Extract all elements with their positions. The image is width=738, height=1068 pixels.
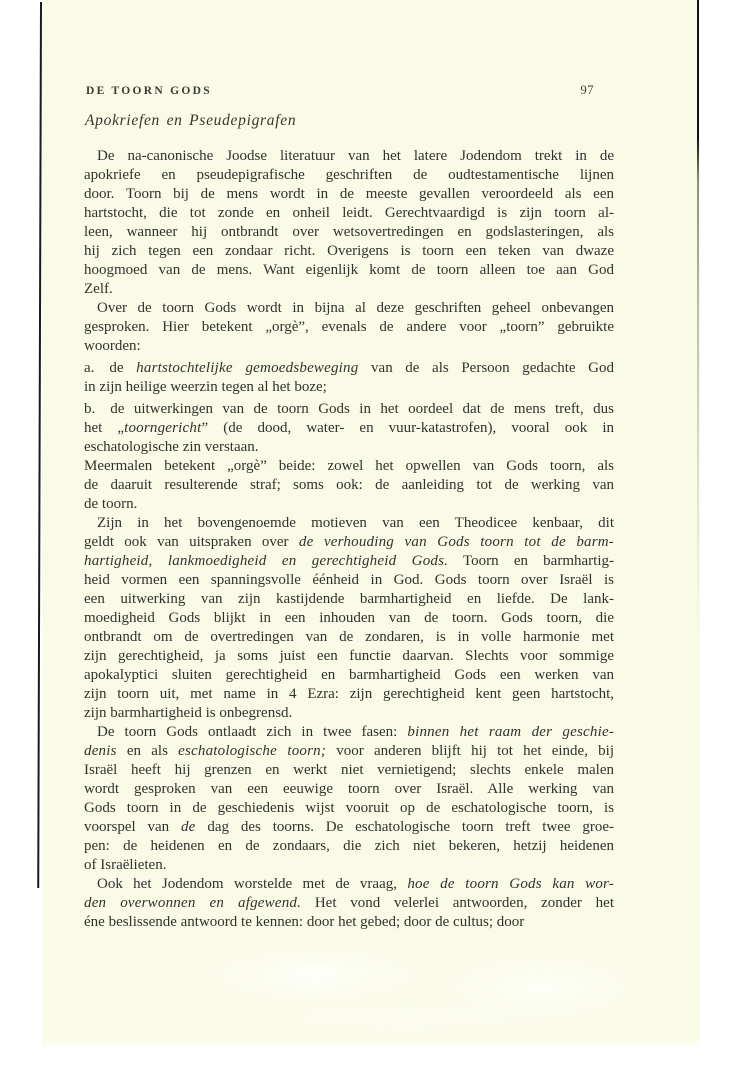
text-run: Over de toorn Gods wordt in bijna al dez… [97,300,614,316]
text-line: De toorn Gods ontlaadt zich in twee fase… [84,723,614,742]
text-run: ” (de dood, water- en vuur-katastrofen),… [201,420,614,436]
text-line: moedigheid Gods blijkt in een inhouden v… [84,609,614,628]
paragraph: Over de toorn Gods wordt in bijna al dez… [84,299,614,356]
text-line: pen: de heidenen en de zondaars, die zic… [84,837,614,856]
text-line: apokalyptici sluiten gerechtigheid en ba… [84,666,614,685]
text-run: Gods toorn in de geschiedenis wijst voor… [84,800,614,816]
text-line: de daaruit resulterende straf; soms ook:… [84,476,614,495]
text-run: woorden: [84,338,141,354]
text-line: het „toorngericht” (de dood, water- en v… [84,419,614,438]
emphasized-text-run: toorngericht [124,420,201,436]
paragraph: Meermalen betekent „orgè” beide: zowel h… [84,457,614,514]
text-run: dag des toorns. De eschatologische toorn… [196,819,614,835]
text-run: zijn toorn uit, met name in 4 Ezra: zijn… [84,686,614,702]
text-line: de toorn. [84,495,614,514]
paragraph: De na-canonische Joodse literatuur van h… [84,147,614,299]
paragraph: a. de hartstochtelijke gemoedsbeweging v… [84,359,614,397]
text-line: Israël heeft hij grenzen en werkt niet v… [84,761,614,780]
text-run: Zijn in het bovengenoemde motieven van e… [97,515,614,531]
text-run: voorspel van [84,819,181,835]
emphasized-text-run: eschatologische toorn; [178,743,326,759]
text-line: De na-canonische Joodse literatuur van h… [84,147,614,166]
section-heading: Apokriefen en Pseudepigrafen [85,112,296,130]
text-run: heid vormen een spanningsvolle éénheid i… [84,572,614,588]
text-line: voorspel van de dag des toorns. De escha… [84,818,614,837]
text-run: hij zich tegen een zondaar richt. Overig… [84,243,614,259]
text-line: b. de uitwerkingen van de toorn Gods in … [84,400,614,419]
text-run: in zijn heilige weerzin tegen al het boz… [84,379,327,395]
page-number: 97 [581,83,595,98]
text-run: pen: de heidenen en de zondaars, die zic… [84,838,614,854]
running-header-title: DE TOORN GODS [86,85,212,97]
text-line: eschatologische zin verstaan. [84,438,614,457]
text-run: De na-canonische Joodse literatuur van h… [97,148,614,164]
text-line: denis en als eschatologische toorn; voor… [84,742,614,761]
text-run: of Israëlieten. [84,857,166,873]
text-run: Ook het Jodendom worstelde met de vraag, [97,876,407,892]
paragraph: Zijn in het bovengenoemde motieven van e… [84,514,614,723]
text-run: van de als Persoon gedachte God [358,360,614,376]
paragraph: Ook het Jodendom worstelde met de vraag,… [84,875,614,932]
body-text: De na-canonische Joodse literatuur van h… [84,147,614,932]
text-line: Over de toorn Gods wordt in bijna al dez… [84,299,614,318]
text-line: leen, wanneer hij ontbrandt over wetsove… [84,223,614,242]
text-run: Israël heeft hij grenzen en werkt niet v… [84,762,614,778]
text-run: apokriefe en pseudepigrafische geschrift… [84,167,614,183]
paragraph: b. de uitwerkingen van de toorn Gods in … [84,400,614,457]
text-run: een uitwerking van zijn kastijdende barm… [84,591,614,607]
text-run: hartstocht, die tot zonde en onheil leid… [84,205,614,221]
text-run: de toorn. [84,496,137,512]
text-line: gesproken. Hier betekent „orgè”, evenals… [84,318,614,337]
text-run: geldt ook van uitspraken over [84,534,299,550]
text-run: Het vond velerlei antwoorden, zonder het [301,895,614,911]
paragraph: De toorn Gods ontlaadt zich in twee fase… [84,723,614,875]
text-run: het „ [84,420,124,436]
text-line: zijn toorn uit, met name in 4 Ezra: zijn… [84,685,614,704]
text-line: wordt gesproken van een eeuwige toorn ov… [84,780,614,799]
emphasized-text-run: hartstochtelijke gemoedsbeweging [136,360,358,376]
emphasized-text-run: denis [84,743,117,759]
text-run: De toorn Gods ontlaadt zich in twee fase… [97,724,407,740]
text-run: Toorn en barmhartig- [448,553,614,569]
text-line: Zijn in het bovengenoemde motieven van e… [84,514,614,533]
text-line: hartstocht, die tot zonde en onheil leid… [84,204,614,223]
text-line: door. Toorn bij de mens wordt in de mees… [84,185,614,204]
text-run: moedigheid Gods blijkt in een inhouden v… [84,610,614,626]
running-header: DE TOORN GODS 97 [86,83,594,98]
text-run: zijn barmhartigheid is onbegrensd. [84,705,292,721]
text-line: geldt ook van uitspraken over de verhoud… [84,533,614,552]
text-run: b. de uitwerkingen van de toorn Gods in … [84,401,614,417]
text-run: Meermalen betekent „orgè” beide: zowel h… [84,458,614,474]
text-run: voor anderen blijft hij tot het einde, b… [326,743,614,759]
emphasized-text-run: hartigheid, lankmoedigheid en gerechtigh… [84,553,448,569]
text-run: en als [117,743,178,759]
text-line: a. de hartstochtelijke gemoedsbeweging v… [84,359,614,378]
text-line: zijn gerechtigheid, ja soms juist een fu… [84,647,614,666]
scanned-book-page: DE TOORN GODS 97 Apokriefen en Pseudepig… [0,0,738,1068]
text-run: gesproken. Hier betekent „orgè”, evenals… [84,319,614,335]
emphasized-text-run: hoe de toorn Gods kan wor- [407,876,614,892]
text-run: de daaruit resulterende straf; soms ook:… [84,477,614,493]
text-run: a. de [84,360,136,376]
text-line: apokriefe en pseudepigrafische geschrift… [84,166,614,185]
text-line: heid vormen een spanningsvolle éénheid i… [84,571,614,590]
text-line: éne beslissende antwoord te kennen: door… [84,913,614,932]
text-run: hoogmoed van de mens. Want eigenlijk kom… [84,262,614,278]
emphasized-text-run: binnen het raam der geschie- [407,724,614,740]
text-run: zijn gerechtigheid, ja soms juist een fu… [84,648,614,664]
text-line: Zelf. [84,280,614,299]
text-run: apokalyptici sluiten gerechtigheid en ba… [84,667,614,683]
page-right-edge-line [697,0,699,640]
text-line: ontbrandt om de overtredingen van de zon… [84,628,614,647]
text-run: Zelf. [84,281,113,297]
text-run: éne beslissende antwoord te kennen: door… [84,914,524,930]
text-line: of Israëlieten. [84,856,614,875]
text-line: Meermalen betekent „orgè” beide: zowel h… [84,457,614,476]
text-run: eschatologische zin verstaan. [84,439,259,455]
text-line: zijn barmhartigheid is onbegrensd. [84,704,614,723]
emphasized-text-run: den overwonnen en afgewend. [84,895,301,911]
text-line: hoogmoed van de mens. Want eigenlijk kom… [84,261,614,280]
text-line: den overwonnen en afgewend. Het vond vel… [84,894,614,913]
emphasized-text-run: de verhouding van Gods toorn tot de barm… [299,534,614,550]
text-run: door. Toorn bij de mens wordt in de mees… [84,186,614,202]
text-line: Gods toorn in de geschiedenis wijst voor… [84,799,614,818]
text-run: ontbrandt om de overtredingen van de zon… [84,629,614,645]
text-line: Ook het Jodendom worstelde met de vraag,… [84,875,614,894]
text-line: woorden: [84,337,614,356]
text-line: een uitwerking van zijn kastijdende barm… [84,590,614,609]
text-line: in zijn heilige weerzin tegen al het boz… [84,378,614,397]
text-run: wordt gesproken van een eeuwige toorn ov… [84,781,614,797]
text-run: leen, wanneer hij ontbrandt over wetsove… [84,224,614,240]
text-line: hartigheid, lankmoedigheid en gerechtigh… [84,552,614,571]
emphasized-text-run: de [181,819,196,835]
text-line: hij zich tegen een zondaar richt. Overig… [84,242,614,261]
